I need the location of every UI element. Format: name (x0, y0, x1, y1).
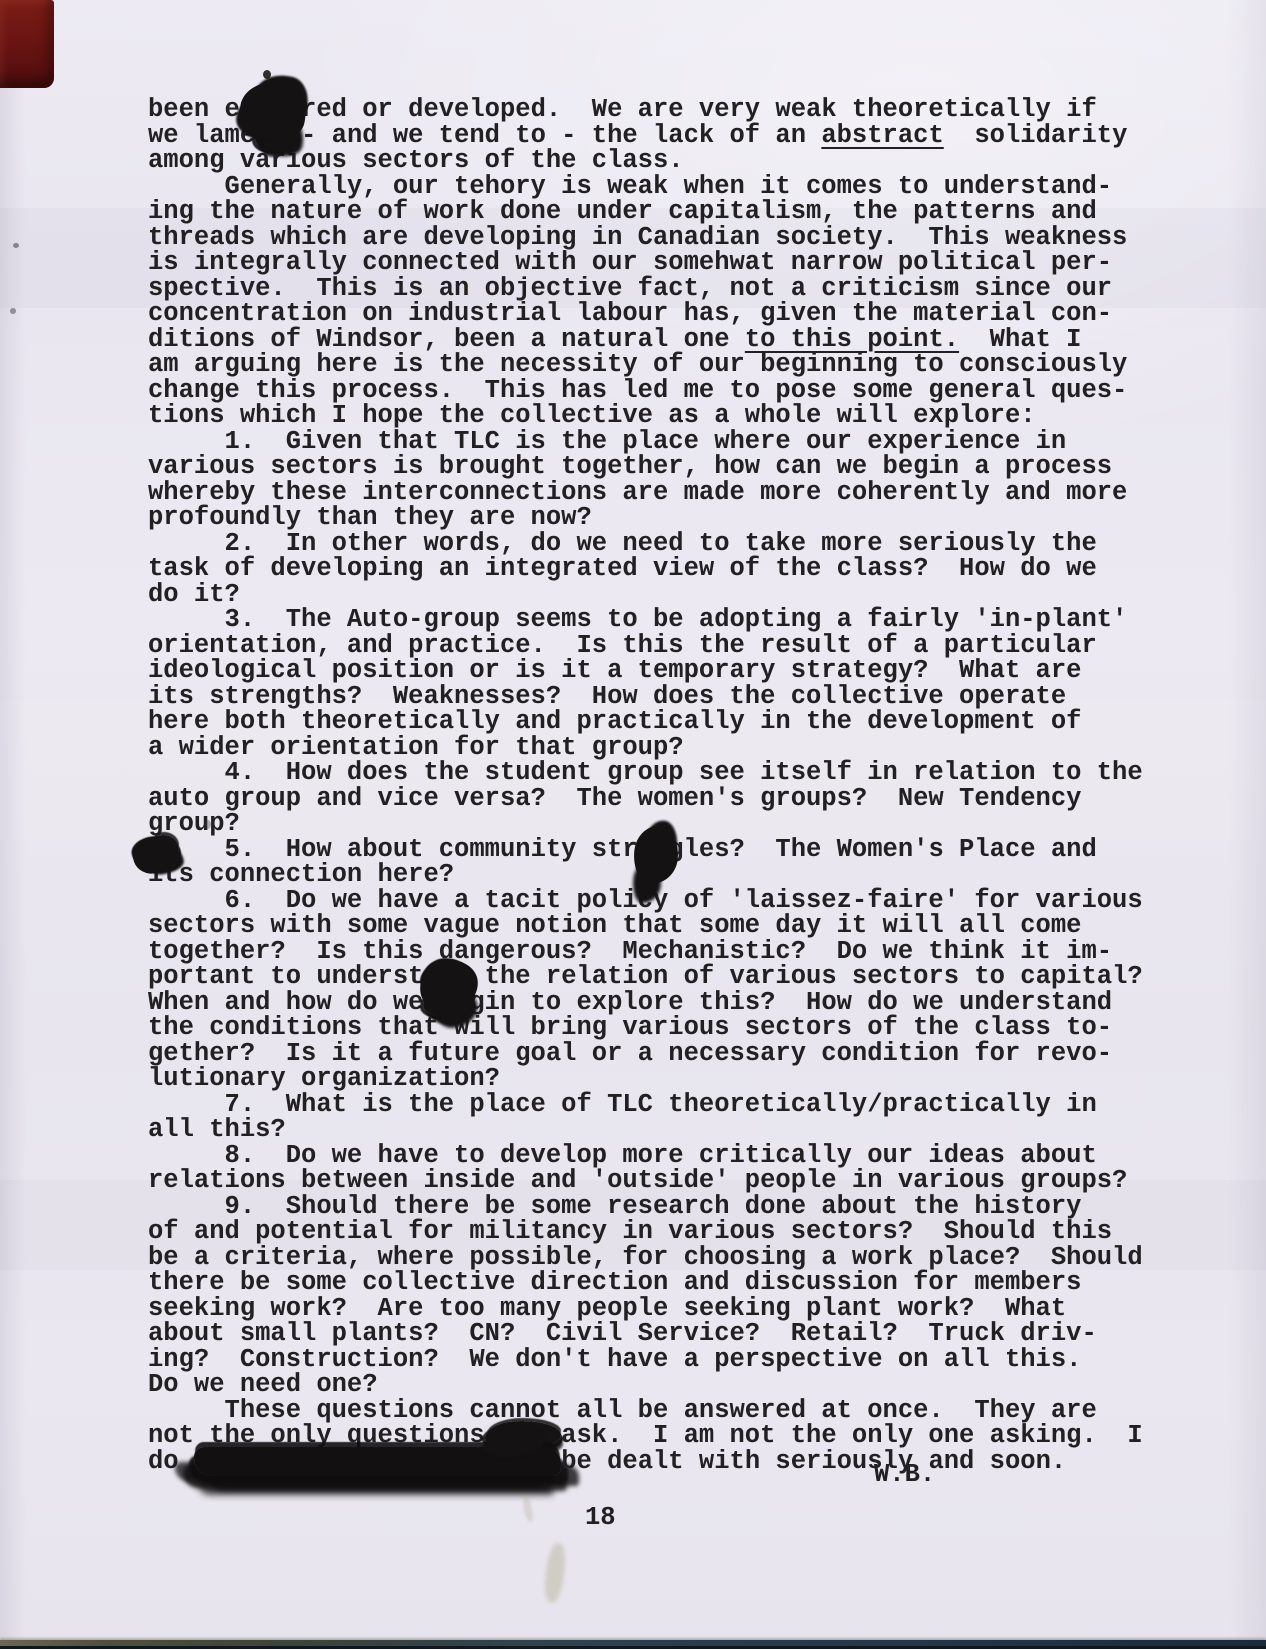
text-line: When and how do we begin to explore this… (148, 990, 1143, 1016)
text-segment: do (148, 1447, 194, 1476)
text-line: the conditions that will bring various s… (148, 1015, 1143, 1041)
text-segment: gles? The Women's Place and (668, 835, 1096, 864)
text-line: 4. How does the student group see itself… (148, 760, 1143, 786)
text-line: ing? Construction? We don't have a persp… (148, 1347, 1143, 1373)
text-line: its strengths? Weaknesses? How does the … (148, 684, 1143, 710)
text-segment: solidarity (944, 121, 1128, 150)
text-line: whereby these interconnections are made … (148, 480, 1143, 506)
text-line: ideological position or is it a temporar… (148, 658, 1143, 684)
text-line: various sectors is brought together, how… (148, 454, 1143, 480)
text-line: 5. How about community struggles? The Wo… (148, 837, 1143, 863)
ink-speck (10, 308, 16, 314)
text-line: ditions of Windsor, been a natural one t… (148, 327, 1143, 353)
text-line: of and potential for militancy in variou… (148, 1219, 1143, 1245)
text-line: 8. Do we have to develop more critically… (148, 1143, 1143, 1169)
text-line: lutionary organization? (148, 1066, 1143, 1092)
text-line: threads which are developing in Canadian… (148, 225, 1143, 251)
text-line: tions which I hope the collective as a w… (148, 403, 1143, 429)
text-line: here both theoretically and practically … (148, 709, 1143, 735)
text-line: is integrally connected with our somehwa… (148, 250, 1143, 276)
ink-speck (13, 243, 19, 248)
ink-blot-segment: ug (638, 835, 669, 864)
text-line: its connection here? (148, 862, 1143, 888)
text-line: group? (148, 811, 1143, 837)
ink-speck (263, 70, 271, 79)
text-line: spective. This is an objective fact, not… (148, 276, 1143, 302)
text-line: 3. The Auto-group seems to be adopting a… (148, 607, 1143, 633)
text-line: task of developing an integrated view of… (148, 556, 1143, 582)
paper-smudge (542, 1542, 567, 1604)
text-line: 7. What is the place of TLC theoreticall… (148, 1092, 1143, 1118)
text-line: there be some collective direction and d… (148, 1270, 1143, 1296)
text-line: a wider orientation for that group? (148, 735, 1143, 761)
ink-blot-segment: and (423, 962, 469, 991)
text-segment: be dealt with seriously and soon. (561, 1447, 1066, 1476)
red-corner-mark (0, 0, 54, 88)
text-segment: 7. What is the place of TLC theoreticall… (148, 1090, 1097, 1119)
typewritten-text: been explored or developed. We are very … (148, 97, 1143, 1474)
text-line: change this process. This has led me to … (148, 378, 1143, 404)
scribble-blackout-segment (194, 1447, 561, 1476)
text-line: orientation, and practice. Is this the r… (148, 633, 1143, 659)
ink-blot-segment: we (485, 1421, 562, 1450)
text-line: sectors with some vague notion that some… (148, 913, 1143, 939)
text-line: profoundly than they are now? (148, 505, 1143, 531)
text-line: 2. In other words, do we need to take mo… (148, 531, 1143, 557)
text-line: auto group and vice versa? The women's g… (148, 786, 1143, 812)
text-line: not the only questions we ask. I am not … (148, 1423, 1143, 1449)
text-line: be a criteria, where possible, for choos… (148, 1245, 1143, 1271)
text-line: do it? (148, 582, 1143, 608)
text-line: 6. Do we have a tacit policy of 'laissez… (148, 888, 1143, 914)
underlined-text: abstract (821, 121, 943, 150)
text-segment: task of developing an integrated view of… (148, 554, 1097, 583)
text-line: about small plants? CN? Civil Service? R… (148, 1321, 1143, 1347)
scanned-page: been explored or developed. We are very … (0, 0, 1266, 1649)
text-line: seeking work? Are too many people seekin… (148, 1296, 1143, 1322)
text-segment: auto group and vice versa? The women's g… (148, 784, 1081, 813)
text-line: These questions cannot all be answered a… (148, 1398, 1143, 1424)
text-line: am arguing here is the necessity of our … (148, 352, 1143, 378)
text-line: Do we need one? (148, 1372, 1143, 1398)
paper-smudge (521, 1495, 534, 1522)
text-line: do be dealt with seriously and soon. (148, 1449, 1143, 1475)
text-line: we lament - and we tend to - the lack of… (148, 123, 1143, 149)
text-line: all this? (148, 1117, 1143, 1143)
text-line: ing the nature of work done under capita… (148, 199, 1143, 225)
text-line: 9. Should there be some research done ab… (148, 1194, 1143, 1220)
text-line: Generally, our tehory is weak when it co… (148, 174, 1143, 200)
text-line: been explored or developed. We are very … (148, 97, 1143, 123)
text-line: among various sectors of the class. (148, 148, 1143, 174)
text-segment: not the only questions (148, 1421, 485, 1450)
text-line: portant to understand the relation of va… (148, 964, 1143, 990)
text-line: relations between inside and 'outside' p… (148, 1168, 1143, 1194)
text-line: gether? Is it a future goal or a necessa… (148, 1041, 1143, 1067)
text-line: 1. Given that TLC is the place where our… (148, 429, 1143, 455)
signature: W.B. (874, 1462, 935, 1488)
page-number: 18 (585, 1505, 616, 1531)
text-line: together? Is this dangerous? Mechanistic… (148, 939, 1143, 965)
text-line: concentration on industrial labour has, … (148, 301, 1143, 327)
